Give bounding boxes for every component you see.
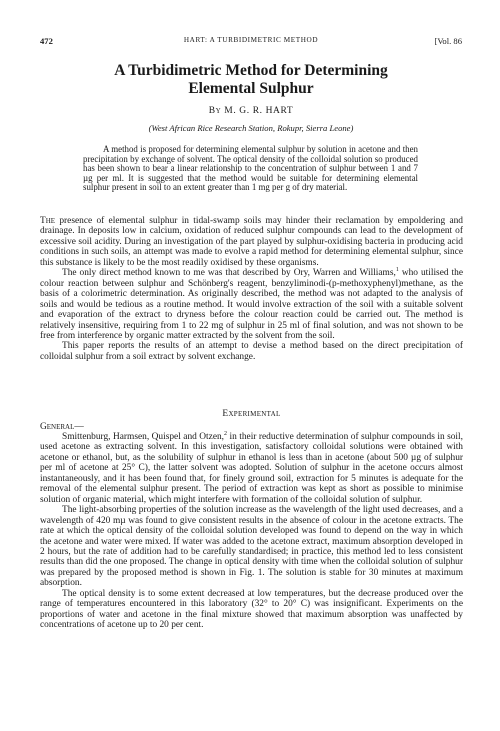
article-title-line-2: Elemental Sulphur (40, 80, 462, 98)
drop-lead: The (40, 216, 55, 226)
reference-2: 2 (224, 431, 227, 437)
intro-paragraph-2-text-a: The only direct method known to me was t… (62, 268, 396, 278)
reference-1: 1 (396, 267, 399, 273)
article-title: A Turbidimetric Method for Determining E… (40, 62, 462, 98)
intro-paragraph-2: The only direct method known to me was t… (40, 268, 463, 341)
experimental-body: Smittenburg, Harmsen, Quispel and Otzen,… (40, 432, 463, 631)
section-heading-experimental: Experimental (40, 409, 463, 419)
experimental-paragraph-3: The optical density is to some extent de… (40, 589, 463, 631)
running-title: HART: A TURBIDIMETRIC METHOD (40, 36, 462, 44)
intro-paragraph-2-text-b: who utilised the colour reaction between… (40, 268, 463, 341)
experimental-paragraph-1-text-a: Smittenburg, Harmsen, Quispel and Otzen, (62, 432, 224, 442)
abstract: A method is proposed for determining ele… (83, 145, 418, 193)
experimental-paragraph-1-text-b: in their reductive determination of sulp… (40, 432, 463, 505)
abstract-text: A method is proposed for determining ele… (83, 145, 418, 193)
journal-page: 472 HART: A TURBIDIMETRIC METHOD [Vol. 8… (0, 0, 500, 731)
experimental-paragraph-2: The light-absorbing properties of the so… (40, 505, 463, 589)
experimental-paragraph-1: Smittenburg, Harmsen, Quispel and Otzen,… (40, 432, 463, 505)
affiliation: (West African Rice Research Station, Rok… (40, 123, 462, 133)
running-head: 472 HART: A TURBIDIMETRIC METHOD [Vol. 8… (40, 36, 462, 50)
intro-paragraph-3: This paper reports the results of an att… (40, 341, 463, 362)
article-title-line-1: A Turbidimetric Method for Determining (40, 62, 462, 80)
subheading-general: General— (40, 422, 84, 432)
volume-number: [Vol. 86 (434, 36, 462, 46)
intro-paragraph-1-text: presence of elemental sulphur in tidal-s… (40, 216, 463, 268)
intro-paragraph-1: The presence of elemental sulphur in tid… (40, 216, 463, 268)
author-name: M. G. R. HART (224, 106, 293, 116)
author-prefix: By (209, 106, 222, 116)
introduction: The presence of elemental sulphur in tid… (40, 216, 463, 362)
author-line: By M. G. R. HART (40, 106, 462, 116)
